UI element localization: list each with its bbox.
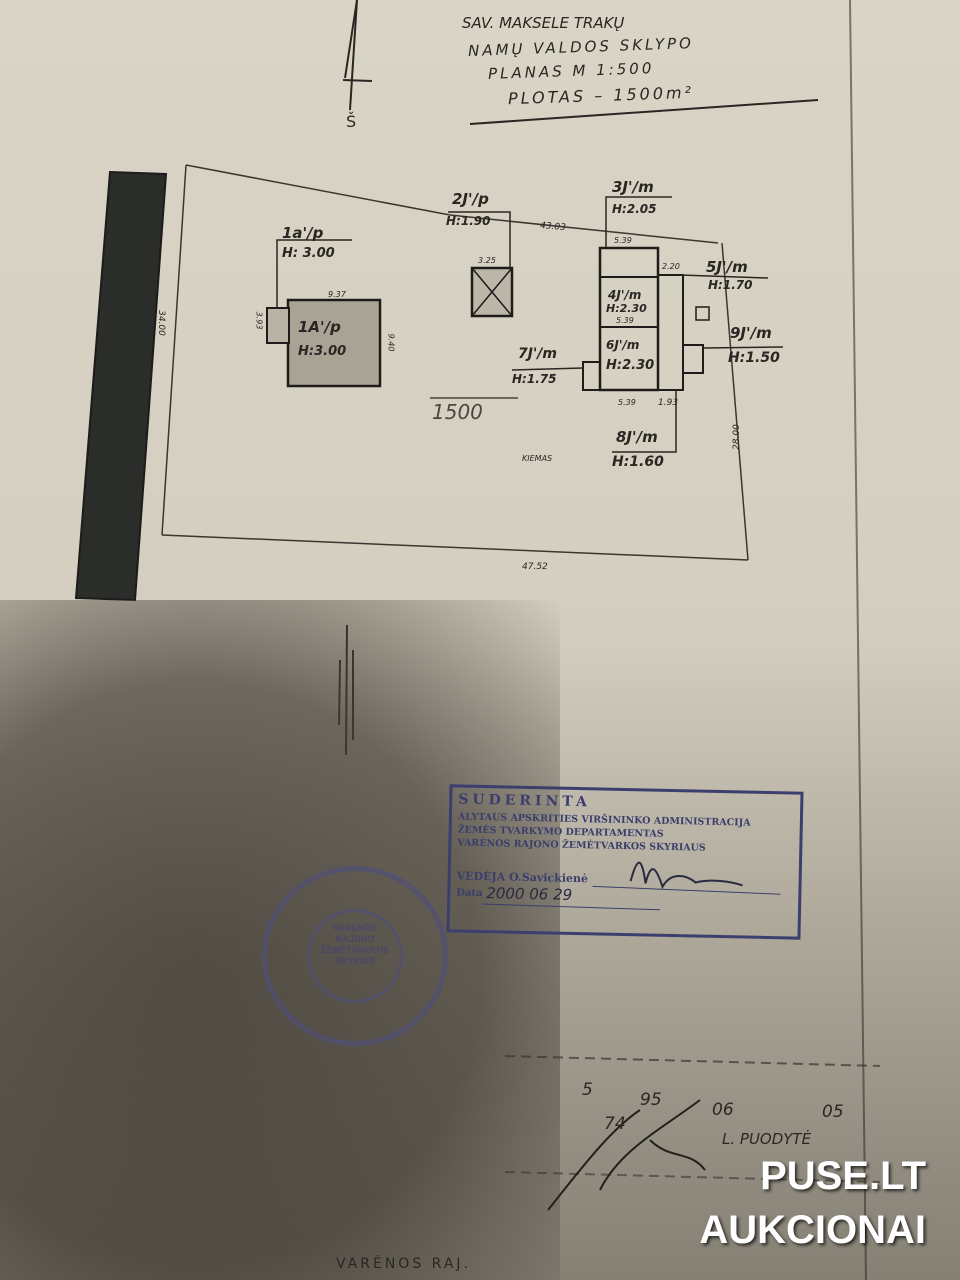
footer-text: VARĖNOS RAJ. xyxy=(336,1256,471,1272)
lower-stamp-num: 95 xyxy=(640,1090,662,1110)
lower-stamp-num: 5 xyxy=(582,1080,593,1100)
watermark-line-1: PUSE.LT xyxy=(760,1154,926,1199)
lower-stamp xyxy=(0,0,960,1280)
watermark-line-2: AUKCIONAI xyxy=(699,1208,926,1253)
lower-stamp-num: 74 xyxy=(604,1114,626,1134)
lower-stamp-num: 05 xyxy=(822,1102,844,1122)
lower-stamp-name: L. PUODYTĖ xyxy=(722,1130,811,1148)
lower-stamp-num: 06 xyxy=(712,1100,734,1120)
